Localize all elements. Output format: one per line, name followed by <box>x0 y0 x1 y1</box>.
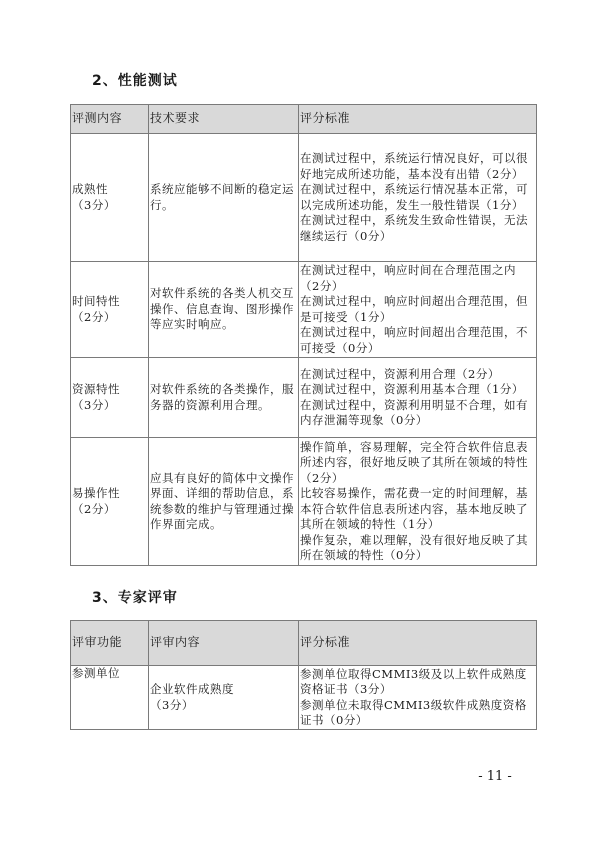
criterion: 在测试过程中，资源利用基本合理（1分） <box>300 382 535 398</box>
item-name: 成熟性 <box>72 182 147 198</box>
criterion: 参测单位未取得CMMI3级软件成熟度资格证书（0分） <box>300 698 535 729</box>
table-row: 资源特性 （3分） 对软件系统的各类操作，服务器的资源利用合理。 在测试过程中，… <box>71 358 537 438</box>
criterion: 在测试过程中，系统发生致命性错误，无法继续运行（0分） <box>300 213 535 244</box>
content-name: 企业软件成熟度 <box>150 682 297 698</box>
criterion: 在测试过程中，响应时间超出合理范围，但是可接受（1分） <box>300 294 535 325</box>
table-row: 成熟性 （3分） 系统应能够不间断的稳定运行。 在测试过程中，系统运行情况良好，… <box>71 134 537 262</box>
expert-review-table: 评审功能 评审内容 评分标准 参测单位 企业软件成熟度 （3分） 参测单位取得C… <box>70 620 537 730</box>
requirement-cell: 对软件系统的各类人机交互操作、信息查询、图形操作等应实时响应。 <box>149 262 299 358</box>
criterion: 在测试过程中，资源利用明显不合理，如有内存泄漏等现象（0分） <box>300 398 535 429</box>
criterion: 在测试过程中，响应时间在合理范围之内（2分） <box>300 263 535 294</box>
criteria-cell: 在测试过程中，系统运行情况良好，可以很好地完成所述功能，基本没有出错（2分） 在… <box>299 134 537 262</box>
header-cell: 评分标准 <box>299 105 537 134</box>
table-row: 易操作性 （2分） 应具有良好的简体中文操作界面、详细的帮助信息，系统参数的维护… <box>71 438 537 566</box>
header-cell: 评测内容 <box>71 105 149 134</box>
criteria-cell: 参测单位取得CMMI3级及以上软件成熟度资格证书（3分） 参测单位未取得CMMI… <box>299 666 537 730</box>
performance-test-table: 评测内容 技术要求 评分标准 成熟性 （3分） 系统应能够不间断的稳定运行。 在… <box>70 104 537 566</box>
criteria-cell: 在测试过程中，资源利用合理（2分） 在测试过程中，资源利用基本合理（1分） 在测… <box>299 358 537 438</box>
section-heading-performance: 2、性能测试 <box>92 70 178 90</box>
item-cell: 资源特性 （3分） <box>71 358 149 438</box>
criterion: 在测试过程中，系统运行情况良好，可以很好地完成所述功能，基本没有出错（2分） <box>300 151 535 182</box>
header-cell: 技术要求 <box>149 105 299 134</box>
criterion: 在测试过程中，系统运行情况基本正常，可以完成所述功能，发生一般性错误（1分） <box>300 182 535 213</box>
table-row: 参测单位 企业软件成熟度 （3分） 参测单位取得CMMI3级及以上软件成熟度资格… <box>71 666 537 730</box>
content-cell: 企业软件成熟度 （3分） <box>149 666 299 730</box>
criteria-cell: 在测试过程中，响应时间在合理范围之内（2分） 在测试过程中，响应时间超出合理范围… <box>299 262 537 358</box>
requirement-cell: 系统应能够不间断的稳定运行。 <box>149 134 299 262</box>
item-score: （2分） <box>72 310 147 326</box>
header-cell: 评分标准 <box>299 621 537 666</box>
item-score: （3分） <box>72 398 147 414</box>
function-cell: 参测单位 <box>71 666 149 730</box>
criteria-cell: 操作简单，容易理解，完全符合软件信息表所述内容，很好地反映了其所在领域的特性（2… <box>299 438 537 566</box>
criterion: 操作简单，容易理解，完全符合软件信息表所述内容，很好地反映了其所在领域的特性（2… <box>300 440 535 487</box>
table-row: 时间特性 （2分） 对软件系统的各类人机交互操作、信息查询、图形操作等应实时响应… <box>71 262 537 358</box>
table-header-row: 评审功能 评审内容 评分标准 <box>71 621 537 666</box>
criterion: 操作复杂，难以理解，没有很好地反映了其所在领域的特性（0分） <box>300 533 535 564</box>
item-cell: 成熟性 （3分） <box>71 134 149 262</box>
requirement-cell: 对软件系统的各类操作，服务器的资源利用合理。 <box>149 358 299 438</box>
section-heading-expert-review: 3、专家评审 <box>92 587 178 607</box>
item-cell: 时间特性 （2分） <box>71 262 149 358</box>
page-number: - 11 - <box>0 769 600 784</box>
header-cell: 评审功能 <box>71 621 149 666</box>
item-name: 资源特性 <box>72 382 147 398</box>
item-name: 易操作性 <box>72 486 147 502</box>
criterion: 在测试过程中，资源利用合理（2分） <box>300 367 535 383</box>
content-score: （3分） <box>150 698 297 714</box>
item-score: （2分） <box>72 502 147 518</box>
header-cell: 评审内容 <box>149 621 299 666</box>
table-header-row: 评测内容 技术要求 评分标准 <box>71 105 537 134</box>
criterion: 比较容易操作，需花费一定的时间理解，基本符合软件信息表所述内容，基本地反映了其所… <box>300 486 535 533</box>
item-score: （3分） <box>72 198 147 214</box>
item-name: 时间特性 <box>72 294 147 310</box>
criterion: 在测试过程中，响应时间超出合理范围，不可接受（0分） <box>300 325 535 356</box>
item-cell: 易操作性 （2分） <box>71 438 149 566</box>
criterion: 参测单位取得CMMI3级及以上软件成熟度资格证书（3分） <box>300 667 535 698</box>
requirement-cell: 应具有良好的简体中文操作界面、详细的帮助信息，系统参数的维护与管理通过操作界面完… <box>149 438 299 566</box>
